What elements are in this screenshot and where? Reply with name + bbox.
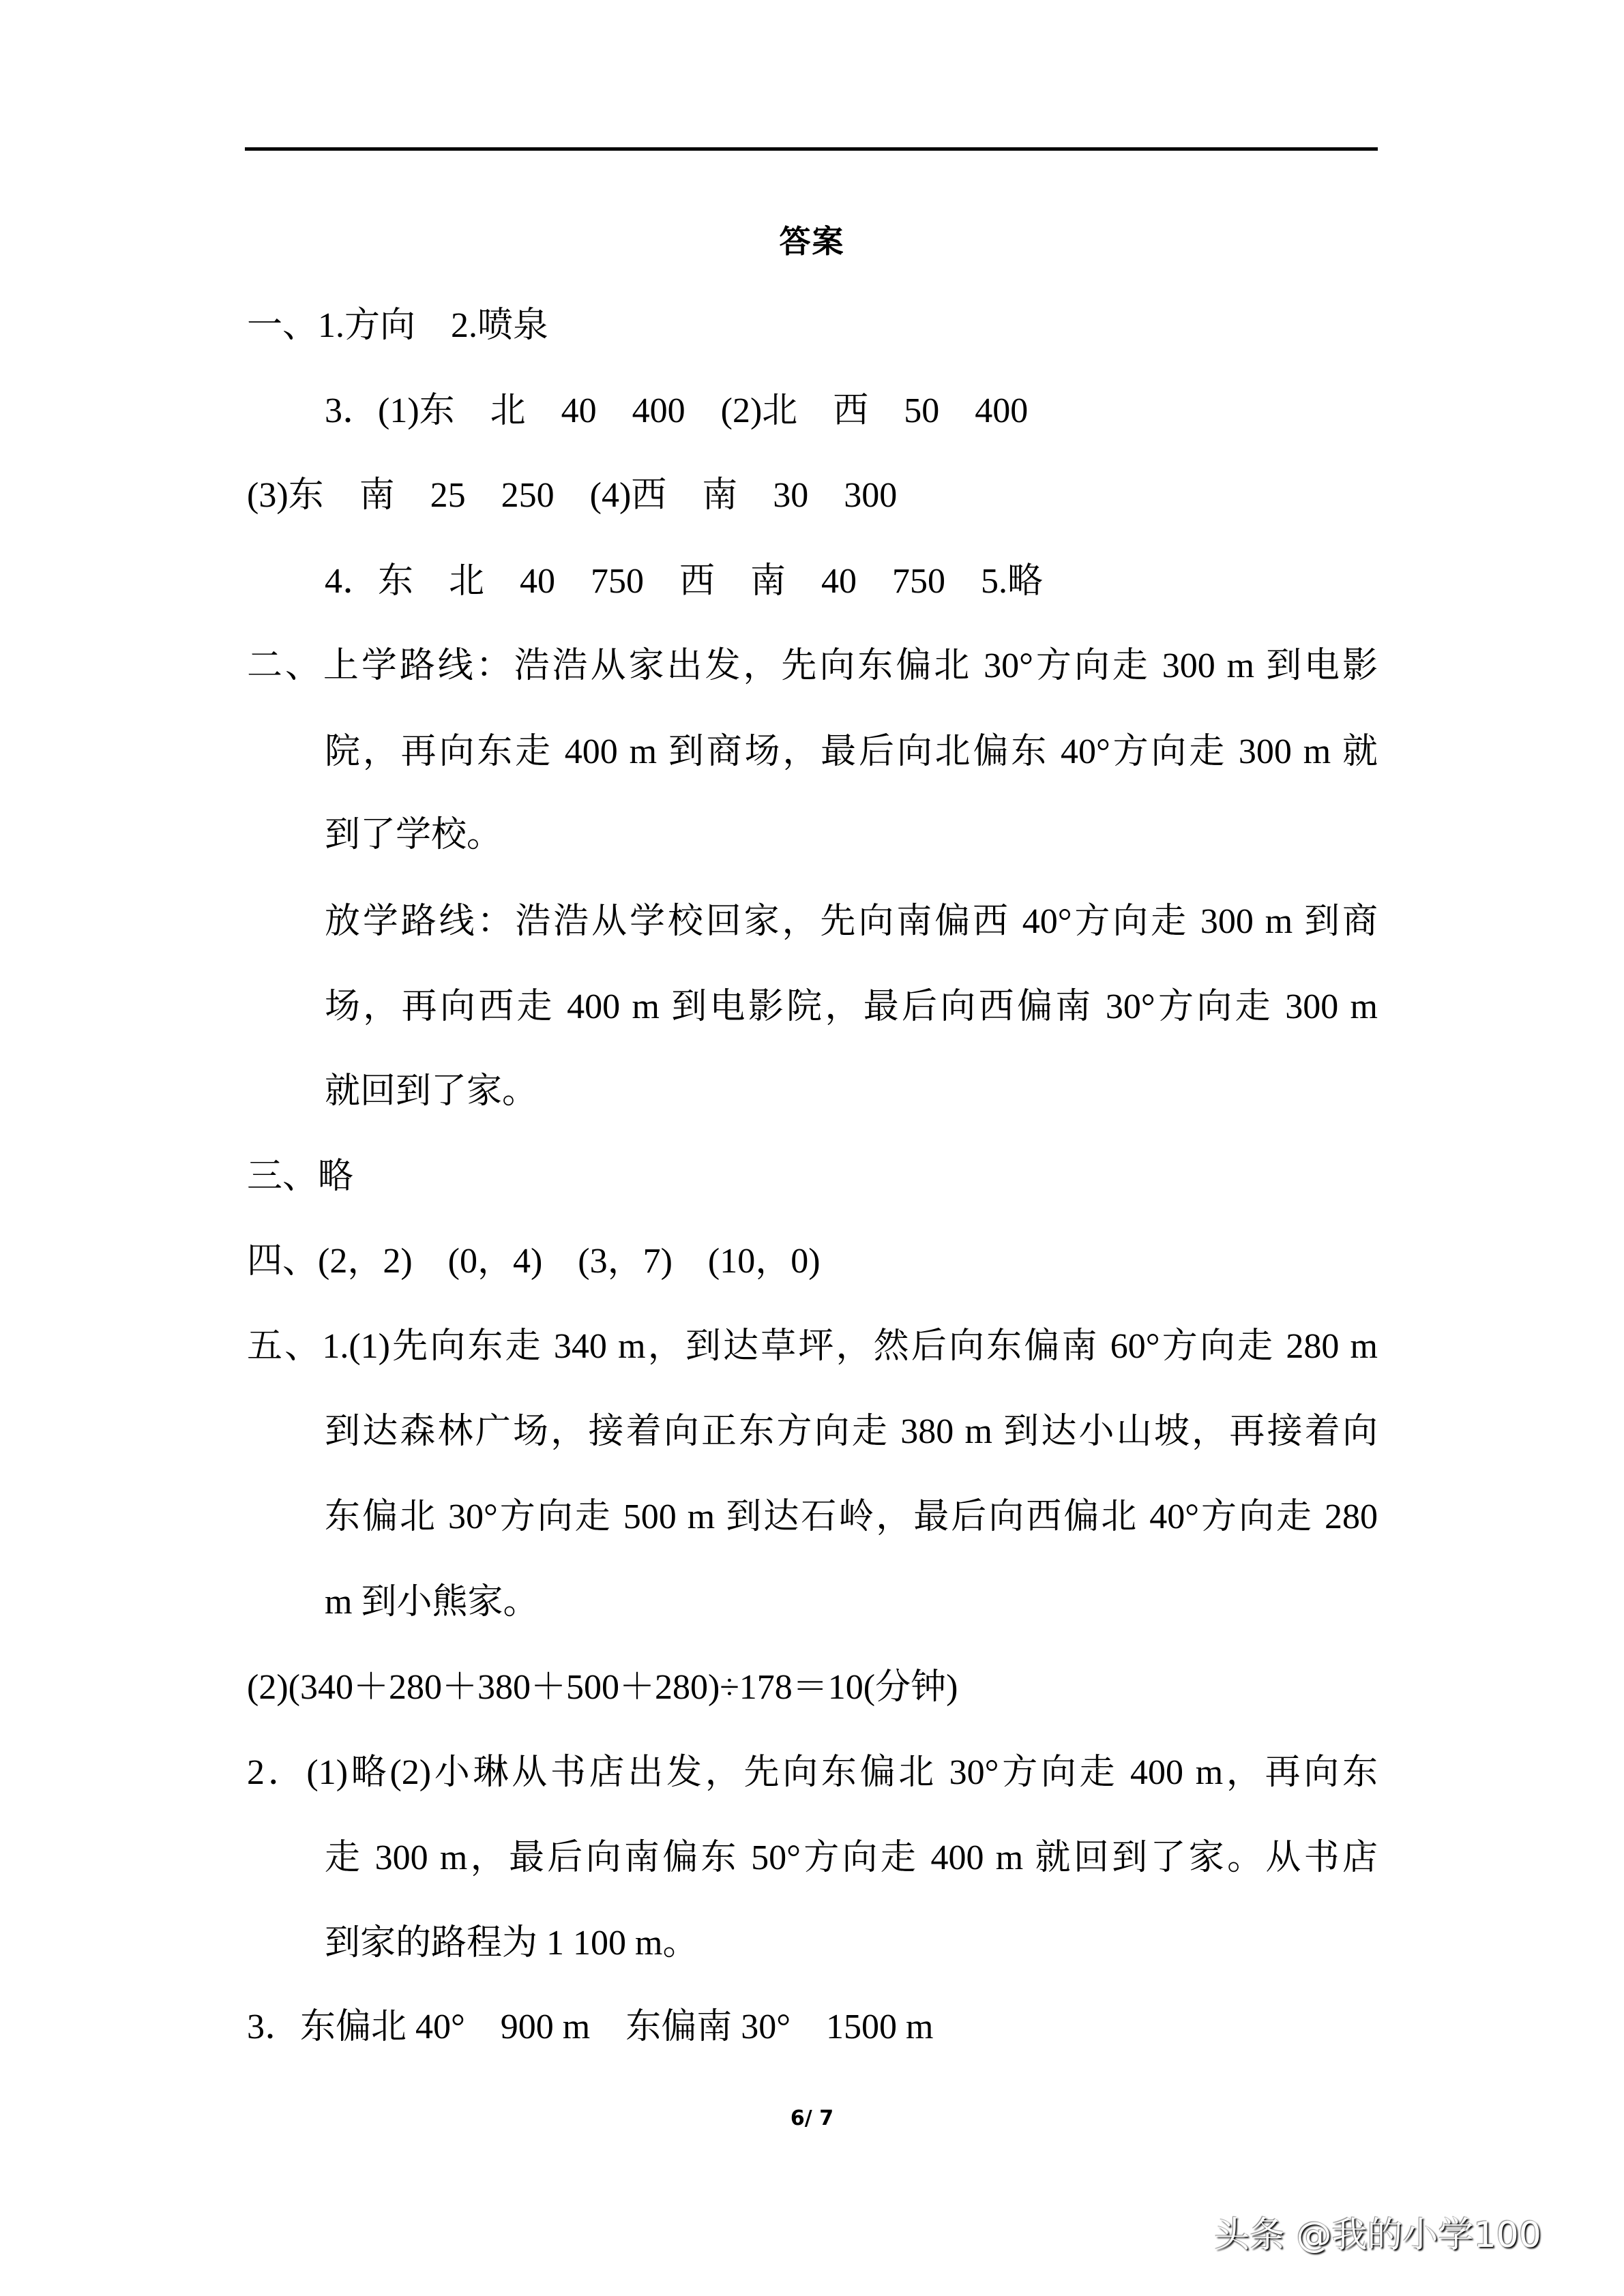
answer-section-3-line-1: 三、略 [247, 1155, 353, 1199]
answer-section-2-line-5: 场，再向西走 400 m 到电影院，最后向西偏南 30°方向走 300 m [325, 985, 1378, 1029]
answer-section-5-line-3: 东偏北 30°方向走 500 m 到达石岭，最后向西偏北 40°方向走 280 [325, 1495, 1378, 1539]
answer-section-2-line-6: 就回到了家。 [325, 1070, 537, 1114]
watermark: 头条 @我的小学100 [1214, 2213, 1541, 2257]
answer-section-5-line-2: 到达森林广场，接着向正东方向走 380 m 到达小山坡，再接着向 [325, 1410, 1378, 1454]
answer-section-2-line-1: 二、上学路线：浩浩从家出发，先向东偏北 30°方向走 300 m 到电影 [247, 644, 1378, 688]
answer-section-1-line-3: (3)东 南 25 250 (4)西 南 30 300 [247, 474, 897, 518]
answer-section-5-line-5: (2)(340＋280＋380＋500＋280)÷178＝10(分钟) [247, 1666, 958, 1710]
answer-section-5-line-6: 2．(1)略(2)小琳从书店出发，先向东偏北 30°方向走 400 m，再向东 [247, 1751, 1378, 1795]
answer-section-1-line-2: 3．(1)东 北 40 400 (2)北 西 50 400 [325, 389, 1028, 433]
answer-section-2-line-2: 院，再向东走 400 m 到商场，最后向北偏东 40°方向走 300 m 就 [325, 730, 1378, 774]
page-title: 答案 [0, 220, 1624, 263]
answer-section-4-line-1: 四、(2，2) (0，4) (3，7) (10，0) [247, 1240, 821, 1283]
answer-section-1-line-4: 4．东 北 40 750 西 南 40 750 5.略 [325, 560, 1043, 603]
answer-section-2-line-4: 放学路线：浩浩从学校回家，先向南偏西 40°方向走 300 m 到商 [325, 900, 1378, 944]
answer-section-5-line-1: 五、1.(1)先向东走 340 m，到达草坪，然后向东偏南 60°方向走 280… [247, 1325, 1378, 1369]
answer-section-1-line-1: 一、1.方向 2.喷泉 [247, 304, 548, 348]
page-number: 6/ 7 [0, 2107, 1624, 2130]
answer-section-5-line-9: 3．东偏北 40° 900 m 东偏南 30° 1500 m [247, 2006, 934, 2049]
answer-section-5-line-4: m 到小熊家。 [325, 1581, 538, 1624]
answer-section-5-line-7: 走 300 m，最后向南偏东 50°方向走 400 m 就回到了家。从书店 [325, 1836, 1378, 1880]
header-rule [245, 147, 1378, 151]
answer-section-2-line-3: 到了学校。 [325, 814, 502, 857]
answer-section-5-line-8: 到家的路程为 1 100 m。 [325, 1922, 698, 1965]
